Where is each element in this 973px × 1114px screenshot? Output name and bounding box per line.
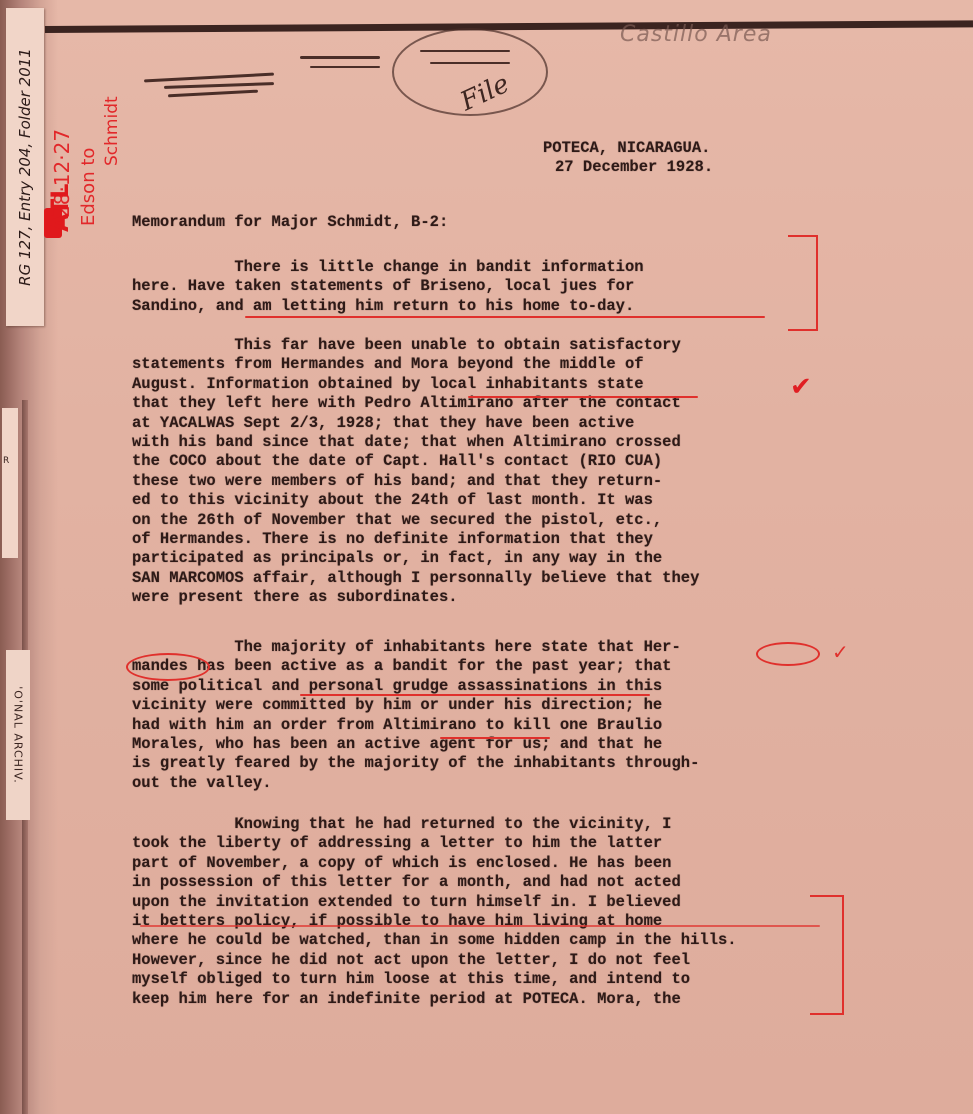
text-line: August. Information obtained by local in… <box>132 375 699 394</box>
text-line: keep him here for an indefinite period a… <box>132 990 737 1009</box>
text-line: participated as principals or, in fact, … <box>132 549 699 568</box>
strike-mark <box>310 66 380 68</box>
red-underline <box>245 316 765 318</box>
paragraph-4: Knowing that he had returned to the vici… <box>132 815 737 1009</box>
text-line: part of November, a copy of which is enc… <box>132 854 737 873</box>
margin-code: ATL <box>46 184 74 232</box>
red-checkmark: ✔ <box>790 372 812 402</box>
paragraph-1: There is little change in bandit informa… <box>132 258 644 316</box>
text-line: This far have been unable to obtain sati… <box>132 336 699 355</box>
red-underline <box>300 694 650 696</box>
text-line: on the 26th of November that we secured … <box>132 511 699 530</box>
text-line: statements from Hermandes and Mora beyon… <box>132 355 699 374</box>
margin-from: Edson to <box>78 148 99 226</box>
text-line: Knowing that he had returned to the vici… <box>132 815 737 834</box>
text-line: mandes has been active as a bandit for t… <box>132 657 699 676</box>
text-line: out the valley. <box>132 774 699 793</box>
red-tick: ✓ <box>832 640 849 664</box>
text-line: took the liberty of addressing a letter … <box>132 834 737 853</box>
text-line: is greatly feared by the majority of the… <box>132 754 699 773</box>
text-line: at YACALWAS Sept 2/3, 1928; that they ha… <box>132 414 699 433</box>
text-line: The majority of inhabitants here state t… <box>132 638 699 657</box>
strike-mark <box>164 82 274 89</box>
text-line: were present there as subordinates. <box>132 588 699 607</box>
strike-mark <box>144 73 274 83</box>
pencil-note-top-right: Castillo Area <box>620 22 772 47</box>
text-line: However, since he did not act upon the l… <box>132 951 737 970</box>
routing-initials: File <box>130 20 590 140</box>
text-line: with his band since that date; that when… <box>132 433 699 452</box>
text-line: Morales, who has been an active agent fo… <box>132 735 699 754</box>
archive-reference-text: RG 127, Entry 204, Folder 2011 <box>16 48 34 286</box>
text-line: it betters policy, if possible to have h… <box>132 912 737 931</box>
red-underline <box>440 737 550 739</box>
red-underline <box>140 925 820 927</box>
date-line: 27 December 1928. <box>543 158 713 177</box>
memo-title: Memorandum for Major Schmidt, B-2: <box>132 213 448 232</box>
red-bracket-paragraph-1 <box>788 235 818 331</box>
text-line: myself obliged to turn him loose at this… <box>132 970 737 989</box>
side-label-small: R <box>2 408 18 558</box>
text-line: where he could be watched, than in some … <box>132 931 737 950</box>
red-circle-name <box>756 642 820 666</box>
text-line: the COCO about the date of Capt. Hall's … <box>132 452 699 471</box>
red-underline <box>468 396 698 398</box>
archive-reference-label: RG 127, Entry 204, Folder 2011 <box>6 8 44 326</box>
text-line: ed to this vicinity about the 24th of la… <box>132 491 699 510</box>
text-line: of Hermandes. There is no definite infor… <box>132 530 699 549</box>
side-label-archive: 'O'NAL ARCHIV. <box>6 650 30 820</box>
text-line: had with him an order from Altimirano to… <box>132 716 699 735</box>
text-line: vicinity were committed by him or under … <box>132 696 699 715</box>
red-circle-name <box>126 653 210 681</box>
paragraph-3: The majority of inhabitants here state t… <box>132 638 699 793</box>
text-line: Sandino, and am letting him return to hi… <box>132 297 644 316</box>
letter-header: POTECA, NICARAGUA. 27 December 1928. <box>543 139 713 178</box>
text-line: these two were members of his band; and … <box>132 472 699 491</box>
paragraph-2: This far have been unable to obtain sati… <box>132 336 699 608</box>
text-line: There is little change in bandit informa… <box>132 258 644 277</box>
place-line: POTECA, NICARAGUA. <box>543 139 713 158</box>
text-line: upon the invitation extended to turn him… <box>132 893 737 912</box>
side-label-archive-text: 'O'NAL ARCHIV. <box>12 686 25 784</box>
margin-to: Schmidt <box>102 96 122 166</box>
side-label-small-text: R <box>3 456 9 466</box>
text-line: SAN MARCOMOS affair, although I personna… <box>132 569 699 588</box>
text-line: here. Have taken statements of Briseno, … <box>132 277 644 296</box>
document-page: RG 127, Entry 204, Folder 2011 28·12·27 … <box>0 0 973 1114</box>
strike-mark <box>168 90 258 98</box>
red-bracket-paragraph-4 <box>810 895 844 1015</box>
strike-mark <box>300 56 380 59</box>
text-line: in possession of this letter for a month… <box>132 873 737 892</box>
